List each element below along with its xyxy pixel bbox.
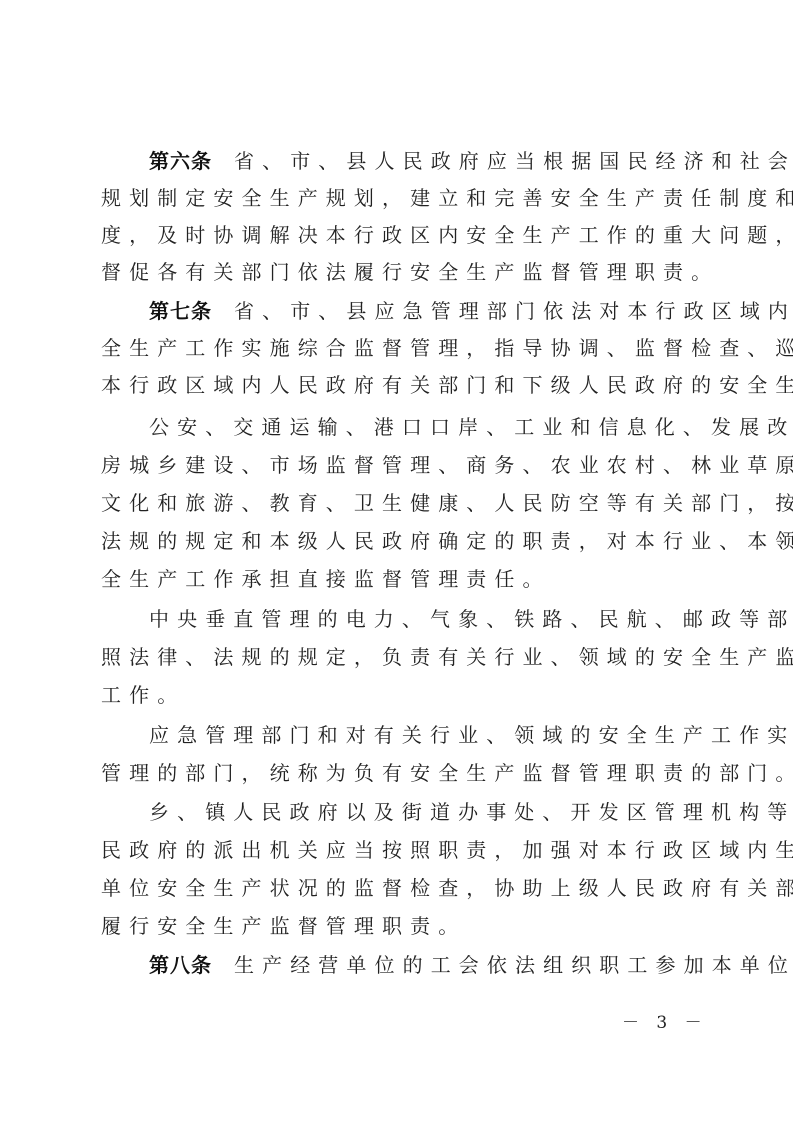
paragraph-text: 生产经营单位的工会依法组织职工参加本单位安全: [234, 953, 793, 977]
article-7-line-3: 本行政区域内人民政府有关部门和下级人民政府的安全生产工作。: [101, 370, 701, 400]
paragraph-text: 省、市、县应急管理部门依法对本行政区域内的安: [234, 299, 793, 323]
departments-line-4: 法规的规定和本级人民政府确定的职责，对本行业、本领域的安: [101, 526, 701, 556]
departments-line-2: 房城乡建设、市场监督管理、商务、农业农村、林业草原、水利、: [101, 450, 701, 480]
departments-line-3: 文化和旅游、教育、卫生健康、人民防空等有关部门，按照法律、: [101, 488, 701, 518]
paragraph-text: 省、市、县人民政府应当根据国民经济和社会发展: [234, 149, 793, 173]
article-6-line-3: 度，及时协调解决本行政区内安全生产工作的重大问题，支持、: [101, 220, 701, 250]
article-8-heading: 第八条: [149, 953, 212, 977]
emergency-line-2: 管理的部门，统称为负有安全生产监督管理职责的部门。: [101, 758, 701, 788]
township-line-3: 单位安全生产状况的监督检查，协助上级人民政府有关部门依法: [101, 873, 701, 903]
page-number: － 3 －: [622, 1011, 708, 1035]
central-line-3: 工作。: [101, 680, 701, 710]
article-8-line-1: 第八条生产经营单位的工会依法组织职工参加本单位安全: [149, 950, 749, 980]
township-line-2: 民政府的派出机关应当按照职责，加强对本行政区域内生产经营: [101, 835, 701, 865]
article-6-line-2: 规划制定安全生产规划，建立和完善安全生产责任制度和考核制: [101, 183, 701, 213]
document-page: 第六条省、市、县人民政府应当根据国民经济和社会发展 规划制定安全生产规划，建立和…: [0, 0, 793, 1122]
article-6-line-1: 第六条省、市、县人民政府应当根据国民经济和社会发展: [149, 146, 749, 176]
article-7-line-1: 第七条省、市、县应急管理部门依法对本行政区域内的安: [149, 296, 749, 326]
emergency-line-1: 应急管理部门和对有关行业、领域的安全生产工作实施监督: [149, 720, 749, 750]
article-7-heading: 第七条: [149, 299, 212, 323]
central-line-2: 照法律、法规的规定，负责有关行业、领域的安全生产监督管理: [101, 642, 701, 672]
article-7-line-2: 全生产工作实施综合监督管理，指导协调、监督检查、巡查考核: [101, 333, 701, 363]
departments-line-1: 公安、交通运输、港口口岸、工业和信息化、发展改革、住: [149, 412, 749, 442]
departments-line-5: 全生产工作承担直接监督管理责任。: [101, 564, 701, 594]
township-line-4: 履行安全生产监督管理职责。: [101, 911, 701, 941]
article-6-line-4: 督促各有关部门依法履行安全生产监督管理职责。: [101, 257, 701, 287]
township-line-1: 乡、镇人民政府以及街道办事处、开发区管理机构等地方人: [149, 797, 749, 827]
article-6-heading: 第六条: [149, 149, 212, 173]
central-line-1: 中央垂直管理的电力、气象、铁路、民航、邮政等部门，按: [149, 604, 749, 634]
